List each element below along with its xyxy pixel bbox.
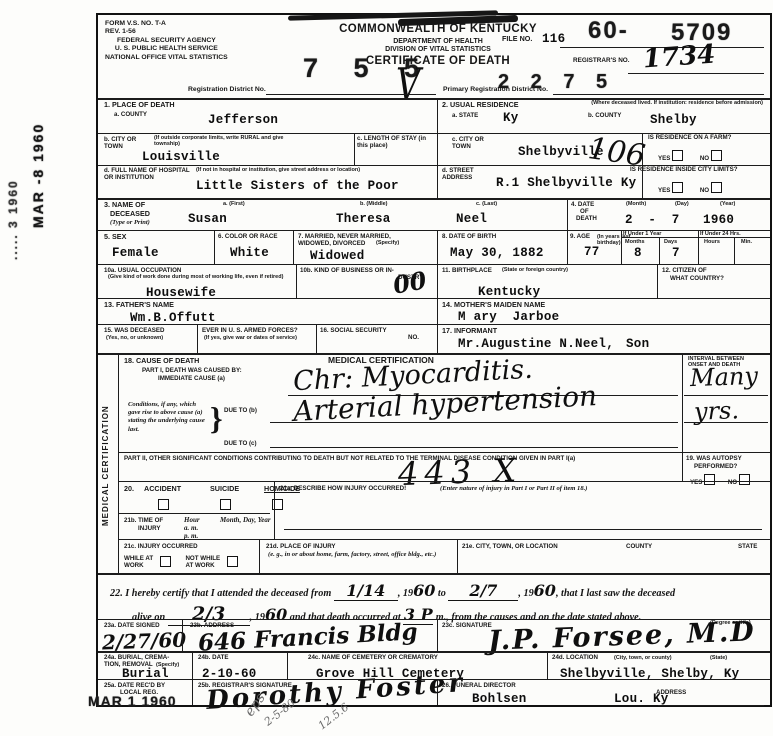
grid-line <box>118 353 119 573</box>
year-prefix-3: , 19 <box>250 612 265 623</box>
burial-location-note: (City, town, or county) <box>614 655 672 661</box>
am-label: a. m. <box>184 524 198 532</box>
funeral-director-label: 26. FUNERAL DIRECTOR <box>442 682 516 689</box>
length-of-stay-label: c. LENGTH OF STAY (in this place) <box>357 135 433 149</box>
form-number-block: FORM V.S. NO. T-A REV. 1-56 FEDERAL SECU… <box>105 20 228 62</box>
grid-line <box>98 353 770 355</box>
not-while-at-work-label: NOT WHILE AT WORK <box>185 555 225 569</box>
cause-of-death-title: 18. CAUSE OF DEATH <box>124 357 199 365</box>
father-name-label: 13. FATHER'S NAME <box>104 301 174 309</box>
limits-yes-checkbox[interactable] <box>672 182 683 193</box>
division-vital-stats: DIVISION OF VITAL STATISTICS <box>308 46 568 53</box>
name-title-2: DECEASED <box>110 210 150 218</box>
place-of-injury-note: (e. g., in or about home, farm, factory,… <box>268 551 448 558</box>
cemetery-label: 24c. NAME OF CEMETERY OR CREMATORY <box>308 654 438 661</box>
autopsy-label-2: PERFORMED? <box>694 463 737 470</box>
grid-line <box>437 230 438 353</box>
grid-line <box>98 573 770 575</box>
business-label-1: 10b. KIND OF BUSINESS OR IN- <box>300 267 394 274</box>
institution-label: d. FULL NAME OF HOSPITAL OR INSTITUTION <box>104 167 196 181</box>
grid-line <box>118 452 770 453</box>
limits-no-checkbox[interactable] <box>711 182 722 193</box>
dob-value: May 30, 1882 <box>450 246 544 260</box>
age-value: 77 <box>584 245 600 259</box>
burial-location-note-2: (State) <box>710 655 727 661</box>
while-at-work-checkbox[interactable] <box>160 556 171 567</box>
grid-line <box>296 264 297 298</box>
brace: } <box>210 400 223 437</box>
mother-name-label: 14. MOTHER'S MAIDEN NAME <box>442 301 545 309</box>
accident-checkbox[interactable] <box>158 499 169 510</box>
middle-name-label: b. (Middle) <box>360 201 388 207</box>
reg-district-label: Registration District No. <box>188 86 266 93</box>
death-year-label: (Year) <box>720 201 735 207</box>
grid-line <box>98 619 770 620</box>
usual-residence-note: (Where deceased lived. If institution: r… <box>568 100 763 106</box>
informant-relation: Son <box>626 337 649 351</box>
accident-label: ACCIDENT <box>144 485 181 493</box>
due-to-c-label: DUE TO (c) <box>224 440 257 447</box>
grid-line <box>734 237 735 264</box>
month-day-year-label: Month, Day, Year <box>220 516 271 524</box>
funeral-director-value: Bohlsen <box>472 692 527 706</box>
limits-yes-label: YES <box>658 187 670 194</box>
grid-line <box>214 230 215 264</box>
days-label: Days <box>664 239 677 245</box>
armed-forces-label-2: EVER IN U. S. ARMED FORCES? <box>202 327 298 334</box>
residence-state-label: a. STATE <box>452 112 478 119</box>
grid-line <box>118 513 270 514</box>
grid-line <box>293 230 294 264</box>
not-while-at-work-checkbox[interactable] <box>227 556 238 567</box>
immediate-cause-label: IMMEDIATE CAUSE (a) <box>158 375 225 382</box>
birthplace-label: 11. BIRTHPLACE <box>442 267 492 274</box>
farm-no-checkbox[interactable] <box>711 150 722 161</box>
suicide-label: SUICIDE <box>210 485 239 493</box>
grid-line <box>98 198 770 200</box>
last-name-label: c. (Last) <box>476 201 497 207</box>
grid-line <box>259 539 260 573</box>
limits-answer-group: YES NO <box>658 179 724 197</box>
burial-location-label: 24d. LOCATION <box>552 654 598 661</box>
grid-line <box>98 98 770 100</box>
grid-line <box>98 324 770 325</box>
first-name-label: a. (First) <box>223 201 245 207</box>
grid-line <box>684 422 768 423</box>
county-label: a. COUNTY <box>114 111 147 118</box>
suicide-checkbox[interactable] <box>220 499 231 510</box>
describe-injury-label: 21a. DESCRIBE HOW INJURY OCCURRED! <box>280 485 406 492</box>
business-handwritten: 00 <box>391 265 429 299</box>
min-label: Min. <box>741 239 752 245</box>
agency-line-3: NATIONAL OFFICE VITAL STATISTICS <box>105 54 228 62</box>
form-number: FORM V.S. NO. T-A <box>105 20 228 28</box>
farm-yes-checkbox[interactable] <box>672 150 683 161</box>
informant-label: 17. INFORMANT <box>442 327 497 335</box>
grid-line <box>274 481 275 539</box>
grid-line <box>266 94 436 95</box>
grid-line <box>98 264 770 265</box>
father-name-value: Wm.B.Offutt <box>130 311 216 325</box>
grid-line <box>98 230 770 231</box>
grid-line <box>192 651 193 679</box>
certificate-form: FORM V.S. NO. T-A REV. 1-56 FEDERAL SECU… <box>96 13 772 707</box>
residence-city-label: c. CITY OR TOWN <box>452 136 486 150</box>
middle-name-value: Theresa <box>336 212 391 226</box>
grid-line <box>628 73 764 74</box>
injury-city-label: 21e. CITY, TOWN, OR LOCATION <box>462 543 558 550</box>
autopsy-yes-checkbox[interactable] <box>704 474 715 485</box>
name-title-3: (Type or Print) <box>110 219 150 226</box>
grid-line <box>98 651 770 653</box>
first-name-value: Susan <box>188 212 227 226</box>
part1-label: PART I, DEATH WAS CAUSED BY: <box>142 367 242 374</box>
injury-state-label: STATE <box>738 543 757 550</box>
sex-label: 5. SEX <box>104 233 126 241</box>
grid-line <box>98 165 770 166</box>
grid-line <box>457 539 458 573</box>
grid-line <box>437 619 438 651</box>
grid-line <box>354 133 355 165</box>
armed-forces-label-1: 15. WAS DECEASED <box>104 327 165 334</box>
alive-year: 60 <box>265 605 287 624</box>
street-address-value: R.1 Shelbyville Ky <box>496 176 636 190</box>
occupation-note: (Give kind of work done during most of w… <box>108 274 288 280</box>
last-name-value: Neel <box>456 212 487 226</box>
mother-name-value: M ary Jarboe <box>458 310 559 324</box>
grid-line <box>287 651 288 679</box>
certify-line-1: 22. I hereby certify that I attended the… <box>110 581 675 601</box>
age-label: 9. AGE <box>570 233 590 240</box>
residence-county-value: Shelby <box>650 113 697 127</box>
grid-line <box>698 230 699 264</box>
residence-county-label: b. COUNTY <box>588 112 621 119</box>
grid-line <box>192 679 193 705</box>
grid-line <box>316 324 317 353</box>
date-received-stamp: MAR 1 1960 <box>88 693 177 709</box>
farm-answer-group: YES NO <box>658 147 724 165</box>
registrar-no-label: REGISTRAR'S NO. <box>573 57 630 64</box>
color-race-value: White <box>230 246 269 260</box>
street-address-label: d. STREET ADDRESS <box>442 167 482 181</box>
farm-question: IS RESIDENCE ON A FARM? <box>648 134 731 141</box>
file-no-label: FILE NO. <box>502 35 532 43</box>
autopsy-label-1: 19. WAS AUTOPSY <box>686 455 742 462</box>
date-of-death-value: 2 - 7 1960 <box>625 213 734 227</box>
city-limits-question: IS RESIDENCE INSIDE CITY LIMITS? <box>630 166 738 173</box>
grid-line <box>642 133 643 198</box>
time-of-injury-label-1: 21b. TIME OF <box>124 517 163 524</box>
attended-from-date: 1/14 <box>346 581 385 600</box>
autopsy-no-checkbox[interactable] <box>739 474 750 485</box>
file-no-stamp-prefix: 60- <box>588 17 629 45</box>
death-certificate-page: MAR -8 1960 ..... 3 1960 FORM V.S. NO. T… <box>0 0 773 736</box>
interval-a-handwritten: Many <box>690 362 759 392</box>
autopsy-answer-group: YES NO <box>690 471 752 489</box>
months-label: Months <box>625 239 645 245</box>
handwritten-106: 106 <box>586 131 648 174</box>
grid-line <box>682 353 683 481</box>
funeral-address-value: Lou. Ky <box>614 692 669 706</box>
grid-line <box>98 133 770 134</box>
date-of-death-label-3: DEATH <box>576 215 597 222</box>
primary-district-label: Primary Registration District No. <box>443 86 548 93</box>
citizen-label-2: WHAT COUNTRY? <box>670 275 724 282</box>
ssn-label-1: 16. SOCIAL SECURITY <box>320 327 387 334</box>
while-at-work-label: WHILE AT WORK <box>124 555 158 569</box>
item-20-number: 20. <box>124 485 134 493</box>
grid-line <box>118 481 770 482</box>
agency-line-1: FEDERAL SECURITY AGENCY <box>105 37 228 45</box>
color-race-label: 6. COLOR OR RACE <box>218 233 277 240</box>
birthplace-value: Kentucky <box>478 285 540 299</box>
attended-to-year: 60 <box>534 581 556 600</box>
residence-state-value: Ky <box>503 111 519 125</box>
medical-certification-sidebar: MEDICAL CERTIFICATION <box>101 360 110 572</box>
grid-line <box>621 237 770 238</box>
conditions-note: Conditions, if any, which gave rise to a… <box>128 401 210 434</box>
signature-label: 23c. SIGNATURE <box>442 622 492 629</box>
grid-line <box>270 422 678 423</box>
grid-line <box>547 651 548 679</box>
to-word: to <box>438 588 446 599</box>
due-to-b-label: DUE TO (b) <box>224 407 257 414</box>
grid-line <box>621 230 622 264</box>
burial-date-label: 24b. DATE <box>198 654 228 661</box>
grid-line <box>98 298 770 299</box>
grid-line <box>182 619 183 651</box>
form-revision: REV. 1-56 <box>105 28 228 36</box>
months-value: 8 <box>634 246 642 260</box>
grid-line <box>659 237 660 264</box>
attended-from-year: 60 <box>413 581 435 600</box>
describe-injury-note: (Enter nature of injury in Part I or Par… <box>440 485 587 492</box>
grid-line <box>657 264 658 298</box>
hours-label: Hours <box>704 239 720 245</box>
grid-line <box>98 679 770 680</box>
county-of-death-value: Jefferson <box>208 113 278 127</box>
injury-county-label: COUNTY <box>626 543 652 550</box>
farm-yes-label: YES <box>658 155 670 162</box>
institution-value: Little Sisters of the Poor <box>196 179 399 193</box>
grid-line <box>197 324 198 353</box>
received-date-stamp-margin: MAR -8 1960 <box>30 88 46 228</box>
place-of-death-title: 1. PLACE OF DEATH <box>104 101 175 109</box>
grid-line <box>270 447 678 448</box>
city-of-death-value: Louisville <box>142 150 220 164</box>
attended-to-date: 2/7 <box>469 581 497 600</box>
registrar-no-value: 1734 <box>642 40 716 75</box>
injury-occurred-label: 21c. INJURY OCCURRED <box>124 543 198 550</box>
death-month-label: (Month) <box>626 201 646 207</box>
institution-note: (If not in hospital or institution, give… <box>196 167 386 173</box>
check-mark: V <box>396 59 421 111</box>
city-note: (If outside corporate limits, write RURA… <box>154 135 294 148</box>
marital-label-2: WIDOWED, DIVORCED <box>298 240 365 247</box>
grid-line <box>284 529 762 530</box>
grid-line <box>553 94 764 95</box>
sex-value: Female <box>112 246 159 260</box>
marital-value: Widowed <box>310 249 365 263</box>
certify-tail-1: , that I last saw the deceased <box>556 588 675 599</box>
hour-label: Hour <box>184 516 200 524</box>
dob-label: 8. DATE OF BIRTH <box>442 233 496 240</box>
place-of-injury-label: 21d. PLACE OF INJURY <box>266 543 336 550</box>
certify-lead: 22. I hereby certify that I attended the… <box>110 588 331 599</box>
marital-note: (Specify) <box>376 240 399 246</box>
days-value: 7 <box>672 246 680 260</box>
injury-work-group: WHILE AT WORK NOT WHILE AT WORK <box>124 553 240 571</box>
agency-line-2: U. S. PUBLIC HEALTH SERVICE <box>105 45 228 53</box>
ssn-label-2: NO. <box>408 334 419 341</box>
grid-line <box>658 705 764 706</box>
armed-forces-note-1: (Yes, no, or unknown) <box>106 335 163 341</box>
year-prefix-1: , 19 <box>398 588 413 599</box>
informant-value: Mr.Augustine N.Neel, <box>458 337 614 351</box>
death-day-label: (Day) <box>675 201 689 207</box>
grid-line <box>118 539 770 540</box>
file-no-typed: 116 <box>542 32 565 46</box>
year-prefix-2: , 19 <box>518 588 533 599</box>
farm-no-label: NO <box>700 155 709 162</box>
city-town-label: b. CITY OR TOWN <box>104 136 150 150</box>
usual-residence-title: 2. USUAL RESIDENCE <box>442 101 519 109</box>
birthplace-note: (State or foreign country) <box>502 267 568 273</box>
grid-line <box>437 679 438 705</box>
armed-forces-note-2: (If yes, give war or dates of service) <box>204 335 297 341</box>
date-stamp-margin-2: ..... 3 1960 <box>6 110 20 260</box>
citizen-label-1: 12. CITIZEN OF <box>662 267 707 274</box>
grid-line <box>437 98 438 198</box>
limits-no-label: NO <box>700 187 709 194</box>
grid-line <box>567 198 568 264</box>
time-of-injury-label-2: INJURY <box>138 525 160 532</box>
